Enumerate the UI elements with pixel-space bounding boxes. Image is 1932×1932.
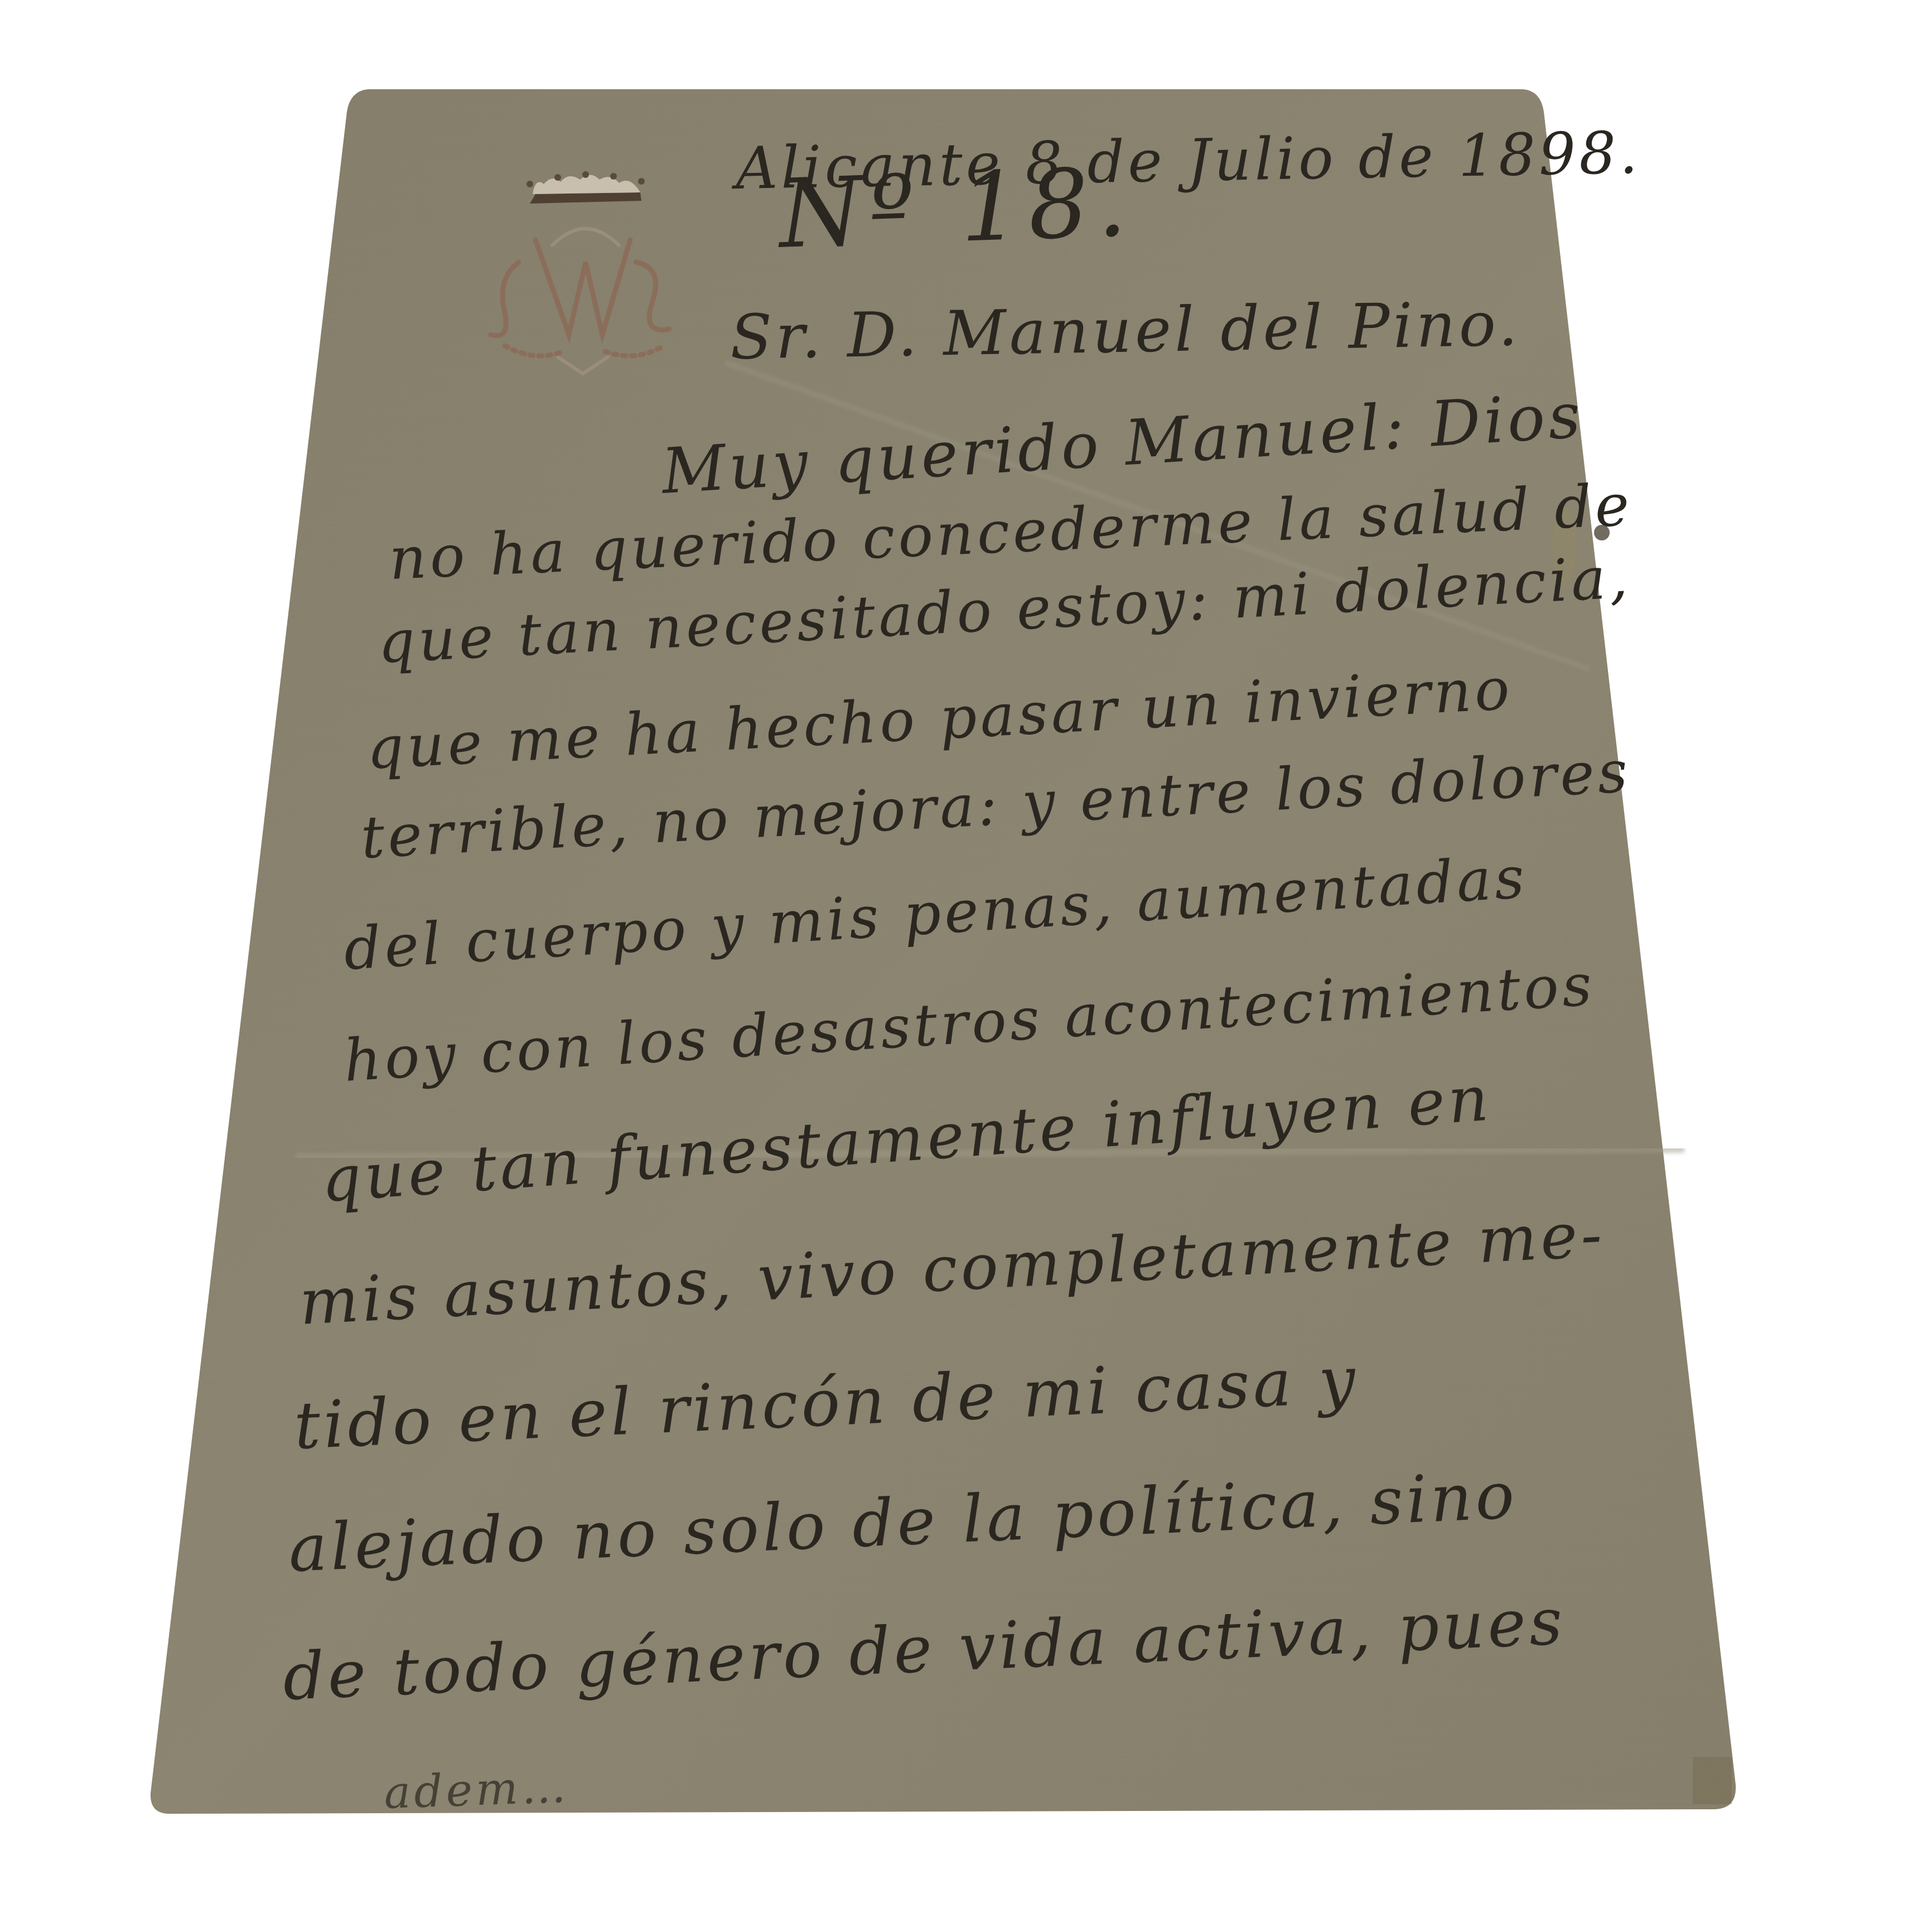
letter-number: Nº 18. — [777, 155, 1136, 262]
letter-photo: Alicante 8 de Julio de 1898. Nº 18. Sr. … — [0, 0, 1932, 1932]
trailing-partial-text: adem… — [383, 1764, 570, 1815]
corner-discoloration — [1693, 1757, 1732, 1804]
recipient: Sr. D. Manuel del Pino. — [730, 293, 1522, 368]
